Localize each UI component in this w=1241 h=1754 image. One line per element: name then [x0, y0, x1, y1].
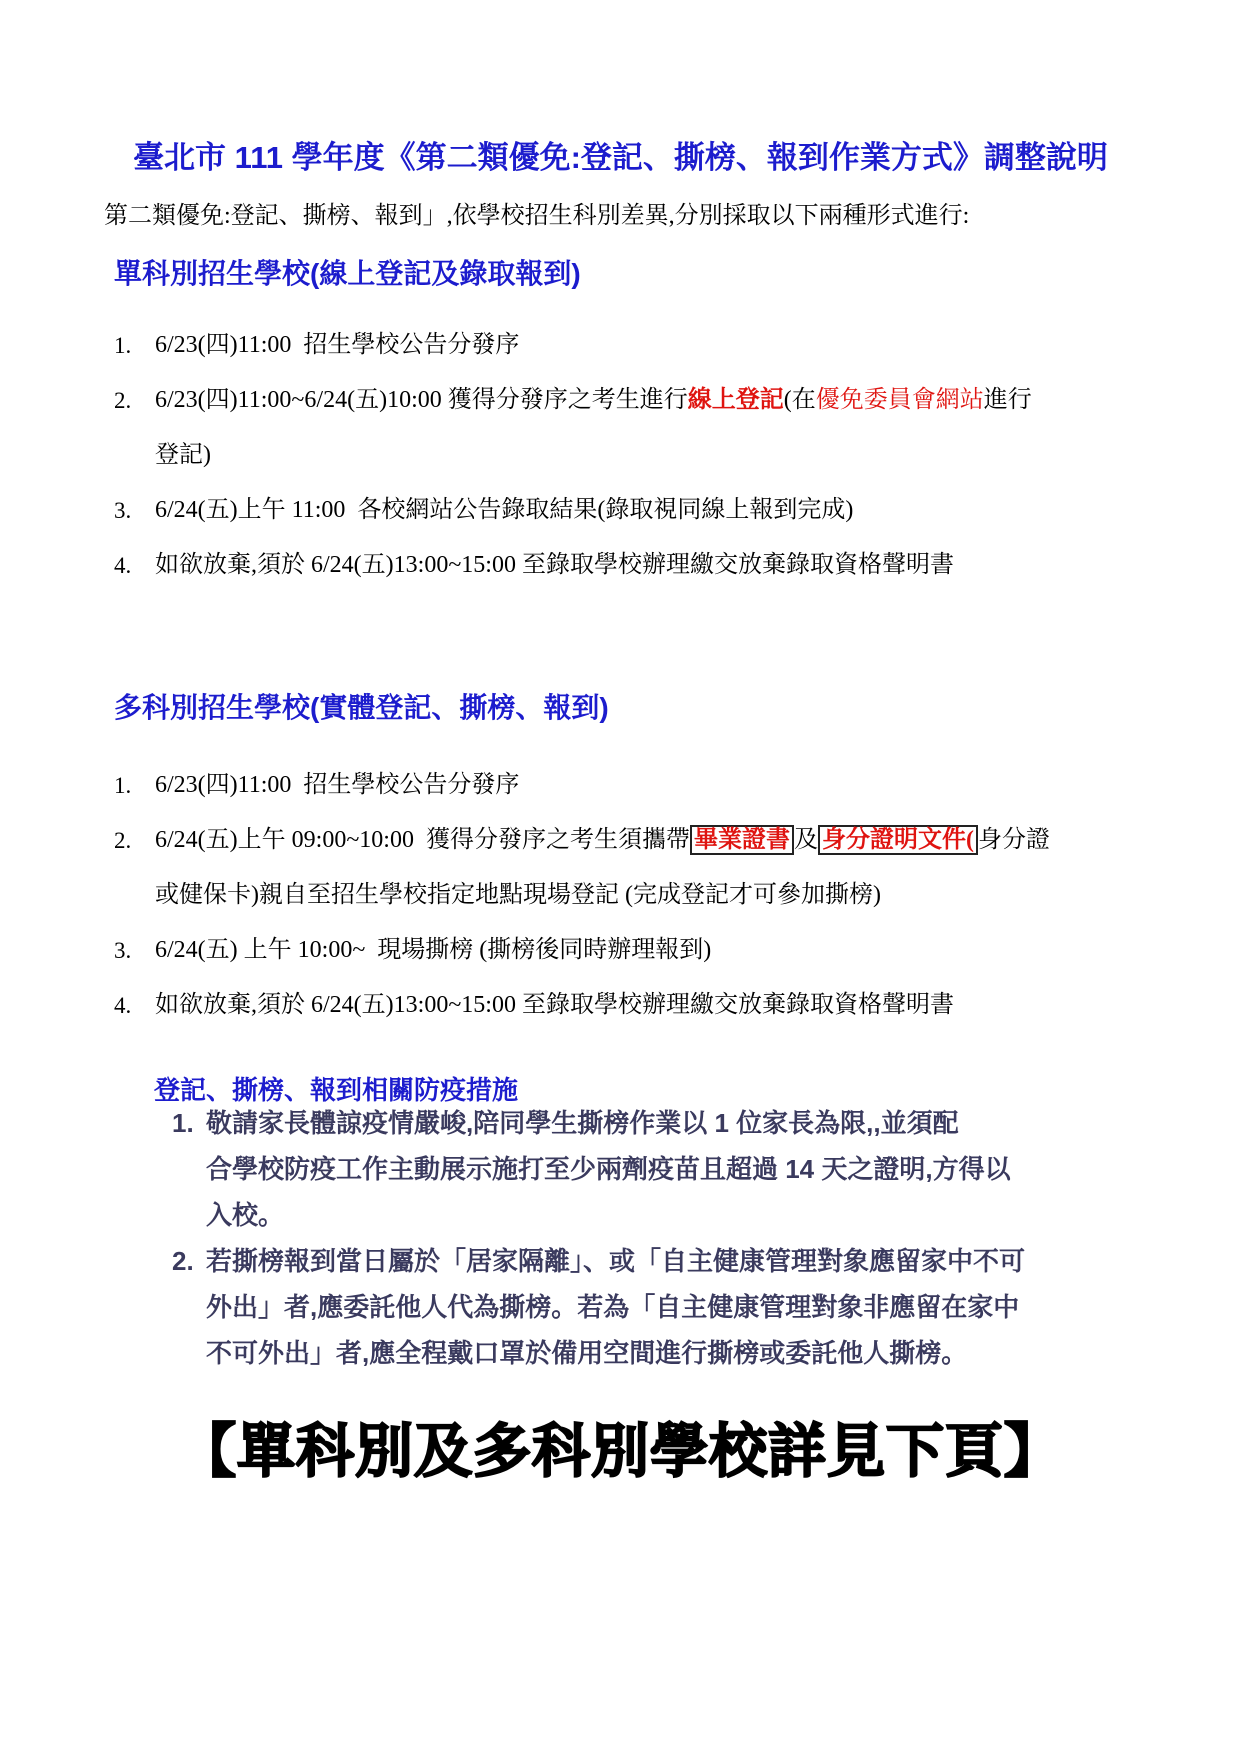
- item-text: 6/24(五)上午 11:00 各校網站公告錄取結果(錄取視同線上報到完成): [155, 483, 1144, 538]
- item-text-wrap: 登記): [155, 442, 211, 468]
- item-number: 3.: [114, 923, 131, 978]
- intro-paragraph: 第二類優免:登記、撕榜、報到」,依學校招生科別差異,分別採取以下兩種形式進行:: [104, 198, 1144, 234]
- list-item-1: 1. 6/23(四)11:00 招生學校公告分發序: [112, 758, 1144, 813]
- item-text-plain: (在: [784, 387, 816, 413]
- document-page: 臺北市 111 學年度《第二類優免:登記、撕榜、報到作業方式》調整說明 第二類優…: [0, 0, 1241, 1754]
- item-number: 1.: [114, 318, 131, 373]
- covid-item-2: 2. 若撕榜報到當日屬於「居家隔離」、或「自主健康管理對象應留家中不可外出」者,…: [172, 1238, 1072, 1376]
- item-number: 1.: [172, 1100, 194, 1146]
- item-text-plain: 身分證: [978, 827, 1050, 853]
- list-item-3: 3. 6/24(五)上午 11:00 各校網站公告錄取結果(錄取視同線上報到完成…: [112, 483, 1144, 538]
- online-registration-highlight: 線上登記: [688, 387, 784, 413]
- item-number: 2.: [172, 1238, 194, 1284]
- item-text-plain: 及: [794, 827, 818, 853]
- covid-line: 若撕榜報到當日屬於「居家隔離」、或「自主健康管理對象應留家中不可: [206, 1246, 1025, 1276]
- item-number: 2.: [114, 813, 131, 868]
- item-number: 2.: [114, 373, 131, 428]
- covid-line: 敬請家長體諒疫情嚴峻,陪同學生撕榜作業以 1 位家長為限,,並須配: [206, 1108, 959, 1138]
- diploma-highlight-box: 畢業證書: [690, 825, 794, 855]
- covid-measures-list: 1. 敬請家長體諒疫情嚴峻,陪同學生撕榜作業以 1 位家長為限,,並須配合學校防…: [172, 1100, 1072, 1376]
- item-text-plain: 進行: [984, 387, 1032, 413]
- multi-school-list: 1. 6/23(四)11:00 招生學校公告分發序 2. 6/24(五)上午 0…: [112, 758, 1144, 1033]
- item-text: 6/24(五)上午 09:00~10:00 獲得分發序之考生須攜帶畢業證書及身分…: [155, 813, 1144, 923]
- list-item-2: 2. 6/24(五)上午 09:00~10:00 獲得分發序之考生須攜帶畢業證書…: [112, 813, 1144, 923]
- item-text: 若撕榜報到當日屬於「居家隔離」、或「自主健康管理對象應留家中不可外出」者,應委託…: [206, 1238, 1072, 1376]
- section-multi-heading: 多科別招生學校(實體登記、撕榜、報到): [114, 688, 609, 728]
- item-text-plain: 6/23(四)11:00~6/24(五)10:00 獲得分發序之考生進行: [155, 387, 688, 413]
- section-single-heading: 單科別招生學校(線上登記及錄取報到): [114, 254, 581, 294]
- covid-line: 入校。: [206, 1200, 284, 1230]
- list-item-2: 2. 6/23(四)11:00~6/24(五)10:00 獲得分發序之考生進行線…: [112, 373, 1144, 483]
- single-school-list: 1. 6/23(四)11:00 招生學校公告分發序 2. 6/23(四)11:0…: [112, 318, 1144, 593]
- item-text: 如欲放棄,須於 6/24(五)13:00~15:00 至錄取學校辦理繳交放棄錄取…: [155, 978, 1144, 1033]
- covid-line: 不可外出」者,應全程戴口罩於備用空間進行撕榜或委託他人撕榜。: [206, 1338, 967, 1368]
- item-text-wrap: 或健保卡)親自至招生學校指定地點現場登記 (完成登記才可參加撕榜): [155, 882, 881, 908]
- item-text-plain: 6/24(五)上午 09:00~10:00 獲得分發序之考生須攜帶: [155, 827, 690, 853]
- item-text: 6/23(四)11:00~6/24(五)10:00 獲得分發序之考生進行線上登記…: [155, 373, 1144, 483]
- item-text: 敬請家長體諒疫情嚴峻,陪同學生撕榜作業以 1 位家長為限,,並須配合學校防疫工作…: [206, 1100, 1072, 1238]
- item-number: 1.: [114, 758, 131, 813]
- item-number: 3.: [114, 483, 131, 538]
- item-text: 如欲放棄,須於 6/24(五)13:00~15:00 至錄取學校辦理繳交放棄錄取…: [155, 538, 1144, 593]
- item-text: 6/23(四)11:00 招生學校公告分發序: [155, 318, 1144, 373]
- item-number: 4.: [114, 978, 131, 1033]
- page-title: 臺北市 111 學年度《第二類優免:登記、撕榜、報到作業方式》調整說明: [0, 138, 1241, 178]
- covid-line: 合學校防疫工作主動展示施打至少兩劑疫苗且超過 14 天之證明,方得以: [206, 1154, 1011, 1184]
- list-item-1: 1. 6/23(四)11:00 招生學校公告分發序: [112, 318, 1144, 373]
- item-text: 6/24(五) 上午 10:00~ 現場撕榜 (撕榜後同時辦理報到): [155, 923, 1144, 978]
- id-document-highlight-box: 身分證明文件(: [818, 825, 978, 855]
- item-text: 6/23(四)11:00 招生學校公告分發序: [155, 758, 1144, 813]
- footer-banner: 【單科別及多科別學校詳見下頁】: [0, 1415, 1241, 1487]
- committee-website-highlight: 優免委員會網站: [816, 387, 984, 413]
- list-item-4: 4. 如欲放棄,須於 6/24(五)13:00~15:00 至錄取學校辦理繳交放…: [112, 538, 1144, 593]
- item-number: 4.: [114, 538, 131, 593]
- covid-item-1: 1. 敬請家長體諒疫情嚴峻,陪同學生撕榜作業以 1 位家長為限,,並須配合學校防…: [172, 1100, 1072, 1238]
- list-item-3: 3. 6/24(五) 上午 10:00~ 現場撕榜 (撕榜後同時辦理報到): [112, 923, 1144, 978]
- covid-line: 外出」者,應委託他人代為撕榜。若為「自主健康管理對象非應留在家中: [206, 1292, 1019, 1322]
- list-item-4: 4. 如欲放棄,須於 6/24(五)13:00~15:00 至錄取學校辦理繳交放…: [112, 978, 1144, 1033]
